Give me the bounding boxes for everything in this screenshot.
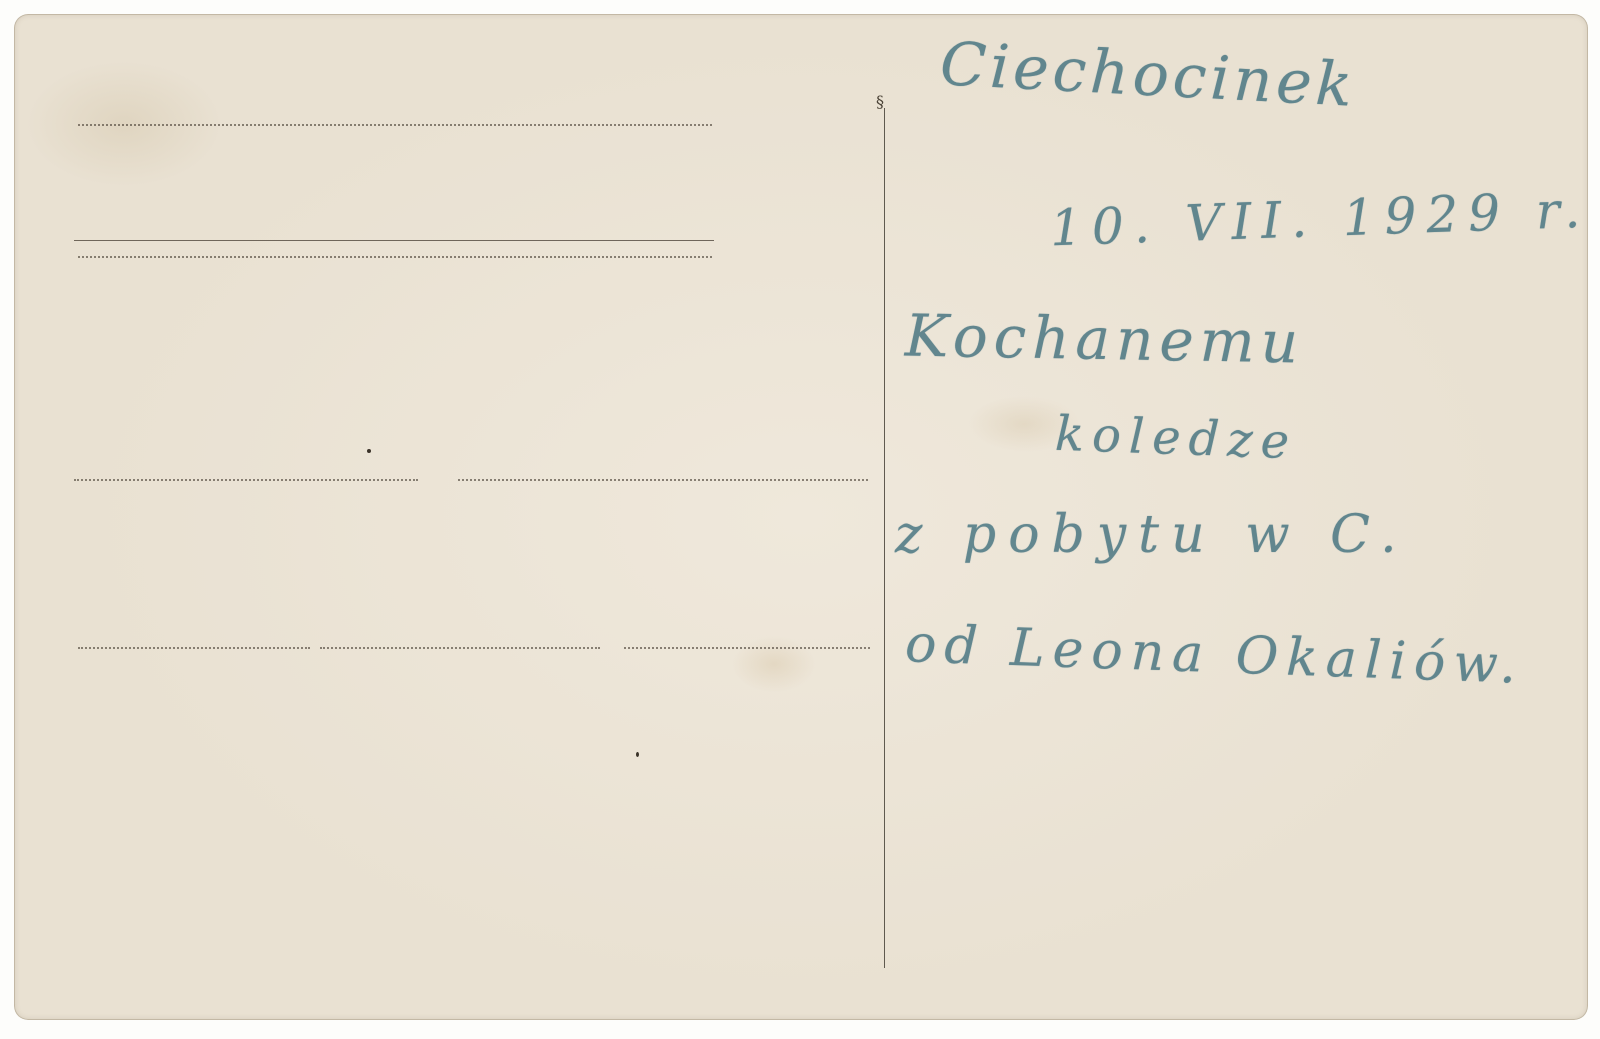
handwritten-line-2: koledze — [1054, 406, 1298, 470]
address-line-3 — [78, 256, 712, 258]
address-line-5b — [320, 647, 600, 649]
address-line-5a — [78, 647, 310, 649]
ink-speck — [636, 752, 639, 757]
handwritten-line-1: Kochanemu — [904, 302, 1304, 377]
address-line-2 — [74, 240, 714, 241]
address-line-4a — [74, 479, 418, 481]
center-divider — [884, 108, 885, 968]
section-mark-icon: § — [876, 92, 884, 111]
address-line-5c — [624, 647, 870, 649]
address-line-1 — [78, 124, 712, 126]
scanned-postcard: § Ciechocinek 10. VII. 1929 r. Kochanemu… — [0, 0, 1600, 1039]
address-line-4b — [458, 479, 868, 481]
handwritten-line-3: z pobytu w C. — [895, 505, 1409, 565]
ink-speck — [367, 449, 371, 453]
